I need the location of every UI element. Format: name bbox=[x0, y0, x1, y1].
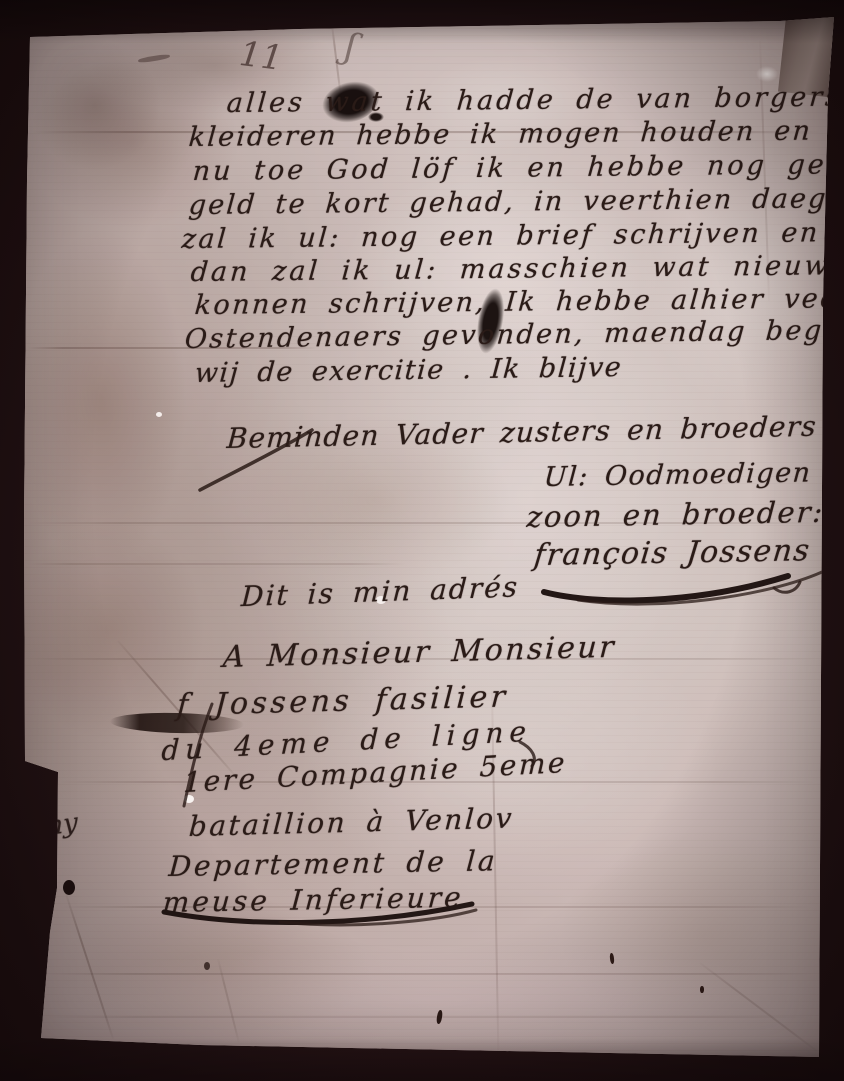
photograph-of-letter: 11 ʃ alles wat ik hadde de van borgers k… bbox=[0, 0, 844, 1081]
crease bbox=[44, 973, 814, 975]
white-speck bbox=[156, 412, 162, 417]
address-line: Departement de la bbox=[168, 844, 499, 883]
ink-speck bbox=[204, 962, 210, 970]
ink-speck bbox=[700, 986, 704, 993]
closing-valediction-2: zoon en broeder: bbox=[526, 495, 826, 534]
paper-fiber-highlight bbox=[756, 66, 778, 82]
crease bbox=[44, 1016, 814, 1018]
margin-mark: ny bbox=[46, 808, 78, 843]
address-underline-flourish bbox=[160, 898, 480, 932]
stain bbox=[16, 230, 186, 570]
letter-paper: 11 ʃ alles wat ik hadde de van borgers k… bbox=[0, 0, 844, 1081]
letter-line: wij de exercitie . Ik blijve bbox=[194, 352, 624, 389]
letter-line: alles wat ik hadde de van borgers bbox=[226, 82, 844, 119]
top-numeral-mark: 11 bbox=[237, 34, 285, 79]
stain bbox=[40, 945, 820, 1055]
closing-valediction-1: Ul: Oodmoedigen bbox=[543, 457, 813, 493]
crease bbox=[26, 563, 406, 565]
signature-flourish bbox=[538, 562, 828, 610]
paper-hole bbox=[63, 880, 75, 895]
